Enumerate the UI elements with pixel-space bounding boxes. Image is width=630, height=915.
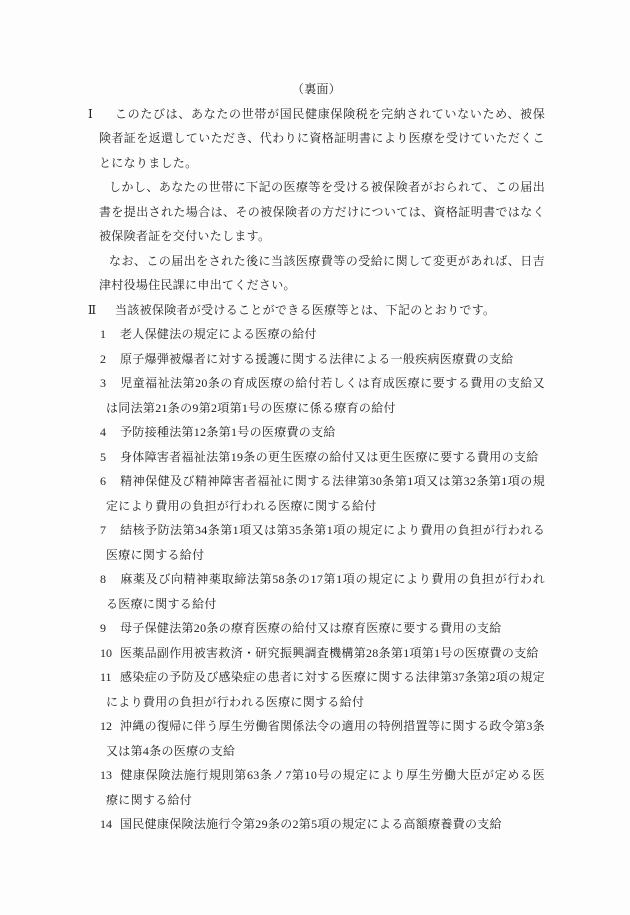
section-1-paragraph: このたびは、あなたの世帯が国民健康保険税を完納されていないため、被保険者証を返還… (99, 102, 545, 176)
list-item-text: 医薬品副作用被害救済・研究振興調査機構第28条第1項第1号の医療費の支給 (120, 646, 539, 660)
list-item: 3児童福祉法第20条の育成医療の給付若しくは育成医療に要する費用の支給又は同法第… (106, 371, 545, 420)
list-item: 1老人保健法の規定による医療の給付 (106, 322, 545, 347)
list-item: 6精神保健及び精神障害者福祉に関する法律第30条第1項又は第32条第1項の規定に… (106, 469, 545, 518)
list-item-text: 児童福祉法第20条の育成医療の給付若しくは育成医療に要する費用の支給又は同法第2… (106, 376, 545, 415)
list-item: 2原子爆弾被爆者に対する援護に関する法律による一般疾病医療費の支給 (106, 347, 545, 372)
list-item-number: 13 (100, 763, 120, 788)
list-item-text: 麻薬及び向精神薬取締法第58条の17第1項の規定により費用の負担が行われる医療に… (106, 572, 545, 611)
document-page: （裏面） Ⅰ このたびは、あなたの世帯が国民健康保険税を完納されていないため、被… (0, 0, 630, 915)
list-item-number: 4 (100, 420, 120, 445)
list-item-text: 沖縄の復帰に伴う厚生労働省関係法令の適用の特例措置等に関する政令第3条又は第4条… (106, 719, 545, 758)
list-item-number: 1 (100, 322, 120, 347)
section-1-marker: Ⅰ (88, 102, 93, 127)
list-item: 8麻薬及び向精神薬取締法第58条の17第1項の規定により費用の負担が行われる医療… (106, 567, 545, 616)
section-1-paragraph: なお、この届出をされた後に当該医療費等の受給に関して変更があれば、日吉津村役場住… (99, 249, 545, 298)
list-item-number: 5 (100, 445, 120, 470)
list-item: 11感染症の予防及び感染症の患者に対する医療に関する法律第37条第2項の規定によ… (106, 665, 545, 714)
section-1: Ⅰ このたびは、あなたの世帯が国民健康保険税を完納されていないため、被保険者証を… (88, 102, 545, 298)
list-item-text: 結核予防法第34条第1項又は第35条第1項の規定により費用の負担が行われる医療に… (106, 523, 545, 562)
medical-benefits-list: 1老人保健法の規定による医療の給付 2原子爆弾被爆者に対する援護に関する法律によ… (106, 322, 545, 837)
list-item-number: 7 (100, 518, 120, 543)
list-item-text: 精神保健及び精神障害者福祉に関する法律第30条第1項又は第32条第1項の規定によ… (106, 474, 545, 513)
list-item-number: 14 (100, 812, 120, 837)
list-item-number: 6 (100, 469, 120, 494)
section-1-body: このたびは、あなたの世帯が国民健康保険税を完納されていないため、被保険者証を返還… (99, 102, 545, 298)
list-item-number: 9 (100, 616, 120, 641)
list-item: 12沖縄の復帰に伴う厚生労働省関係法令の適用の特例措置等に関する政令第3条又は第… (106, 714, 545, 763)
list-item-text: 予防接種法第12条第1号の医療費の支給 (120, 425, 336, 439)
list-item-number: 12 (100, 714, 120, 739)
list-item-text: 母子保健法第20条の療育医療の給付又は療育医療に要する費用の支給 (120, 621, 502, 635)
list-item: 10医薬品副作用被害救済・研究振興調査機構第28条第1項第1号の医療費の支給 (106, 641, 545, 666)
list-item: 5身体障害者福祉法第19条の更生医療の給付又は更生医療に要する費用の支給 (106, 445, 545, 470)
list-item: 14国民健康保険法施行令第29条の2第5項の規定による高額療養費の支給 (106, 812, 545, 837)
list-item-number: 10 (100, 641, 120, 666)
list-item-text: 感染症の予防及び感染症の患者に対する医療に関する法律第37条第2項の規定により費… (106, 670, 545, 709)
list-item-number: 3 (100, 371, 120, 396)
list-item: 9母子保健法第20条の療育医療の給付又は療育医療に要する費用の支給 (106, 616, 545, 641)
list-item: 7結核予防法第34条第1項又は第35条第1項の規定により費用の負担が行われる医療… (106, 518, 545, 567)
section-1-paragraph: しかし、あなたの世帯に下記の医療等を受ける被保険者がおられて、この届出書を提出さ… (99, 175, 545, 249)
page-title: （裏面） (88, 77, 545, 102)
section-2-marker: Ⅱ (88, 298, 96, 323)
list-item-text: 老人保健法の規定による医療の給付 (120, 327, 317, 341)
list-item-text: 健康保険法施行規則第63条ノ7第10号の規定により厚生労働大臣が定める医療に関す… (106, 768, 545, 807)
list-item: 13健康保険法施行規則第63条ノ7第10号の規定により厚生労働大臣が定める医療に… (106, 763, 545, 812)
list-item-number: 8 (100, 567, 120, 592)
list-item: 4予防接種法第12条第1号の医療費の支給 (106, 420, 545, 445)
section-2-body: 当該被保険者が受けることができる医療等とは、下記のとおりです。 (99, 298, 545, 323)
section-2: Ⅱ 当該被保険者が受けることができる医療等とは、下記のとおりです。 1老人保健法… (88, 298, 545, 837)
list-item-number: 11 (100, 665, 120, 690)
list-item-text: 身体障害者福祉法第19条の更生医療の給付又は更生医療に要する費用の支給 (120, 450, 539, 464)
list-item-number: 2 (100, 347, 120, 372)
list-item-text: 原子爆弾被爆者に対する援護に関する法律による一般疾病医療費の支給 (120, 352, 514, 366)
section-2-intro: 当該被保険者が受けることができる医療等とは、下記のとおりです。 (99, 298, 545, 323)
list-item-text: 国民健康保険法施行令第29条の2第5項の規定による高額療養費の支給 (120, 817, 502, 831)
